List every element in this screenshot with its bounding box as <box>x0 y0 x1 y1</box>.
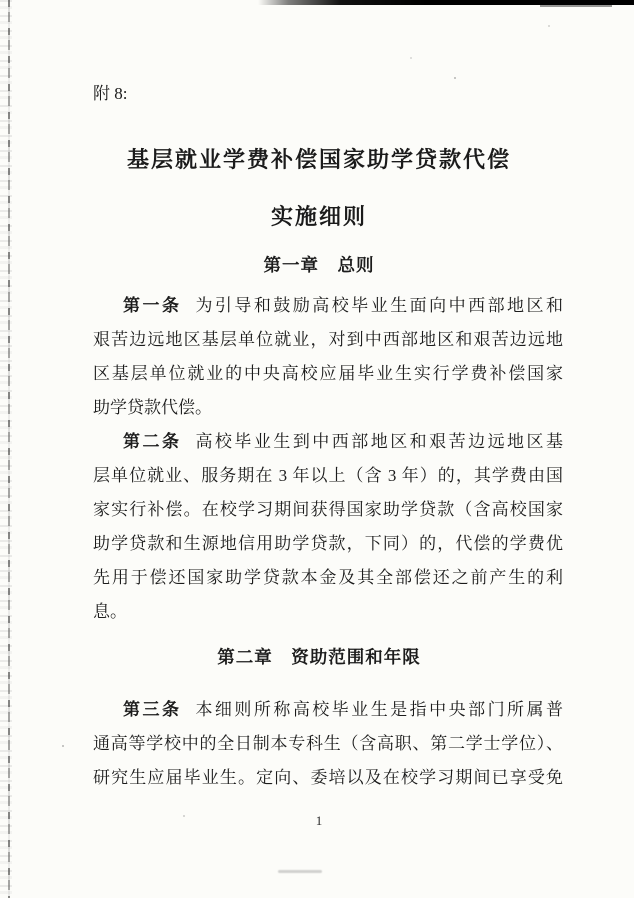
article-2-line-2: 层单位就业、服务期在 3 年以上（含 3 年）的，其学费由国 <box>93 459 563 493</box>
scan-smudge <box>278 870 322 873</box>
article-1-line-4: 助学贷款代偿。 <box>93 391 563 425</box>
article-2-text: 高校毕业生到中西部地区和艰苦边远地区基 <box>195 432 563 451</box>
page-number: 1 <box>84 812 554 830</box>
doc-title-line-2: 实施细则 <box>84 203 554 231</box>
scan-speck <box>62 745 64 747</box>
article-2-line-6: 息。 <box>93 595 563 629</box>
chapter-1-heading: 第一章 总则 <box>84 253 554 277</box>
article-1-text: 为引导和鼓励高校毕业生面向中西部地区和 <box>195 296 563 315</box>
article-2-paragraph: 第二条高校毕业生到中西部地区和艰苦边远地区基 层单位就业、服务期在 3 年以上（… <box>93 425 563 629</box>
doc-title-line-1: 基层就业学费补偿国家助学贷款代偿 <box>84 146 554 174</box>
article-3-paragraph: 第三条本细则所称高校毕业生是指中央部门所属普 通高等学校中的全日制本专科生（含高… <box>93 693 563 795</box>
article-1-line-3: 区基层单位就业的中央高校应届毕业生实行学费补偿国家 <box>93 357 563 391</box>
article-1-line-1: 第一条为引导和鼓励高校毕业生面向中西部地区和 <box>93 289 563 323</box>
article-2-line-5: 先用于偿还国家助学贷款本金及其全部偿还之前产生的利 <box>93 561 563 595</box>
article-2-label: 第二条 <box>123 432 181 451</box>
article-3-text: 本细则所称高校毕业生是指中央部门所属普 <box>195 700 563 719</box>
attachment-label: 附 8: <box>93 0 563 104</box>
article-1-paragraph: 第一条为引导和鼓励高校毕业生面向中西部地区和 艰苦边远地区基层单位就业，对到中西… <box>93 289 563 425</box>
article-3-line-1: 第三条本细则所称高校毕业生是指中央部门所属普 <box>93 693 563 727</box>
article-1-line-2: 艰苦边远地区基层单位就业，对到中西部地区和艰苦边远地 <box>93 323 563 357</box>
scanned-page: 附 8: 基层就业学费补偿国家助学贷款代偿 实施细则 第一章 总则 第一条为引导… <box>0 0 634 898</box>
article-1-label: 第一条 <box>123 296 181 315</box>
article-2-line-3: 家实行补偿。在校学习期间获得国家助学贷款（含高校国家 <box>93 493 563 527</box>
left-edge-scan-line <box>8 0 10 898</box>
left-edge-scan-noise <box>0 0 12 898</box>
chapter-2-heading: 第二章 资助范围和年限 <box>84 645 554 669</box>
page-content: 附 8: 基层就业学费补偿国家助学贷款代偿 实施细则 第一章 总则 第一条为引导… <box>93 0 563 830</box>
article-3-line-2: 通高等学校中的全日制本专科生（含高职、第二学士学位）、 <box>93 727 563 761</box>
article-3-label: 第三条 <box>123 700 181 719</box>
article-2-line-4: 助学贷款和生源地信用助学贷款，下同）的，代偿的学费优 <box>93 527 563 561</box>
article-3-line-3: 研究生应届毕业生。定向、委培以及在校学习期间已享受免 <box>93 761 563 795</box>
article-2-line-1: 第二条高校毕业生到中西部地区和艰苦边远地区基 <box>93 425 563 459</box>
